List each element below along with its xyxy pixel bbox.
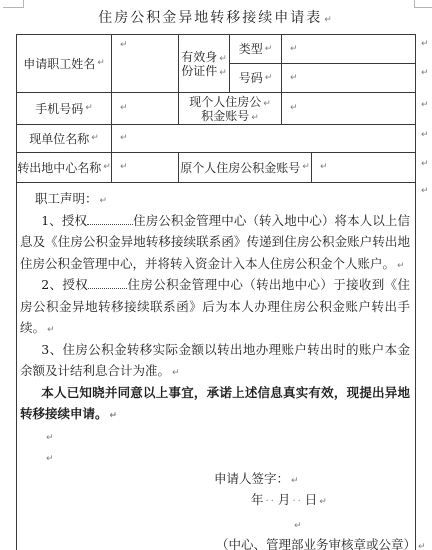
id-number-field[interactable]: ↵: [282, 64, 415, 92]
empty-paragraph-line: ↵: [20, 425, 410, 447]
row-end-mark-icon: ↵: [421, 40, 429, 49]
paragraph-mark-icon: ↵: [302, 163, 310, 172]
paragraph-mark-icon: ↵: [46, 454, 54, 464]
current-fund-account-label-cell: 现个人住房公↵ 积金账号↵: [179, 93, 282, 124]
original-fund-account-label: 原个人住房公积金账号: [180, 161, 300, 175]
declaration-heading-line: 职工声明：↵: [20, 188, 410, 210]
paragraph-mark-icon: ↵: [120, 41, 128, 50]
current-fund-account-field[interactable]: ↵: [282, 93, 415, 124]
row-end-mark-icon: ↵: [421, 131, 429, 140]
paragraph-mark-icon: ↵: [291, 476, 299, 486]
table-row-employer: 现单位名称↵ ↵: [17, 125, 415, 153]
applicant-signature-line[interactable]: 申请人签字：↵: [20, 468, 410, 490]
mobile-field[interactable]: ↵: [112, 93, 179, 124]
seal-note-label: （中心、管理部业务审核章或公章）: [216, 537, 416, 550]
current-fund-account-label-line1-wrap: 现个人住房公↵: [189, 95, 271, 109]
table-row-transfer-out: 转出地中心名称↵ ↵ 原个人住房公积金账号↵ ↵: [17, 153, 415, 183]
declaration-para2-prefix: 2、授权: [41, 277, 88, 292]
current-fund-account-label-line2-wrap: 积金账号↵: [201, 109, 259, 123]
declaration-confirmation-text: 本人已知晓并同意以上事宜，承诺上述信息真实有效，现提出异地转移接续申请。: [20, 385, 410, 422]
id-number-label: 号码: [239, 71, 263, 85]
current-employer-label: 现单位名称: [29, 132, 89, 146]
id-type-field[interactable]: ↵: [282, 35, 415, 63]
transfer-out-center-field[interactable]: ↵: [112, 153, 179, 182]
paragraph-mark-icon: ↵: [290, 45, 298, 54]
paragraph-mark-icon: ↵: [265, 74, 273, 83]
paragraph-mark-icon: ↵: [219, 54, 227, 64]
applicant-name-field[interactable]: ↵: [112, 35, 179, 92]
applicant-signature-label: 申请人签字：: [214, 471, 289, 486]
empty-paragraph-line: ↵: [20, 446, 410, 468]
applicant-name-label: 申请职工姓名: [23, 57, 95, 71]
date-month-label: 月: [278, 492, 291, 507]
applicant-name-label-cell: 申请职工姓名↵: [17, 35, 112, 92]
space-dots-mark: ··: [266, 496, 276, 507]
paragraph-mark-icon: ↵: [110, 411, 118, 421]
declaration-confirmation: 本人已知晓并同意以上事宜，承诺上述信息真实有效，现提出异地转移接续申请。↵: [20, 382, 410, 425]
id-document-label-line1-wrap: 有效身↵: [181, 50, 227, 64]
paragraph-mark-icon: ↵: [251, 113, 259, 123]
id-document-label-cell: 有效身↵ 份证件↵: [179, 35, 230, 92]
table-row-applicant: 申请职工姓名↵ ↵ 有效身↵ 份证件↵ 类型↵ ↵: [17, 35, 415, 93]
declaration-para1-prefix: 1、授权: [41, 213, 87, 228]
paragraph-mark-icon: ↵: [418, 542, 426, 550]
paragraph-mark-icon: ↵: [290, 104, 298, 113]
id-number-row: 号码↵ ↵: [230, 63, 415, 92]
mobile-label-cell: 手机号码↵: [17, 93, 112, 124]
space-dots-mark: ··: [292, 496, 302, 507]
row-end-mark-icon: ↵: [421, 69, 429, 78]
current-employer-field[interactable]: ↵: [112, 125, 415, 152]
transfer-out-center-label-cell: 转出地中心名称↵: [17, 153, 112, 182]
paragraph-mark-icon: ↵: [103, 163, 111, 172]
date-day-label: 日: [305, 492, 318, 507]
current-employer-label-cell: 现单位名称↵: [17, 125, 112, 152]
paragraph-mark-icon: ↵: [47, 325, 55, 335]
paragraph-mark-icon: ↵: [263, 99, 271, 109]
current-fund-account-label-line2: 积金账号: [201, 109, 249, 123]
page-title: 住房公积金异地转移接续申请表↵: [0, 7, 432, 27]
paragraph-mark-icon: ↵: [46, 433, 54, 443]
application-form-page: 住房公积金异地转移接续申请表↵ 申请职工姓名↵ ↵ 有效身↵ 份证件↵ 类型↵: [0, 0, 432, 550]
transfer-in-center-name-blank[interactable]: [87, 212, 133, 225]
paragraph-mark-icon: ↵: [120, 134, 128, 143]
paragraph-mark-icon: ↵: [85, 104, 93, 113]
date-year-label: 年: [251, 492, 264, 507]
paragraph-mark-icon: ↵: [294, 521, 302, 531]
seal-note-line: （中心、管理部业务审核章或公章）↵: [20, 534, 410, 550]
declaration-para-1: 1、授权住房公积金管理中心（转入地中心）将本人以上信息及《住房公积金异地转移接续…: [20, 210, 410, 275]
paragraph-mark-icon: ↵: [320, 163, 328, 172]
signature-date-line[interactable]: 年··月··日↵: [20, 489, 410, 513]
row-end-mark-icon: ↵: [421, 160, 429, 169]
row-end-mark-icon: ↵: [421, 101, 429, 110]
id-type-row: 类型↵ ↵: [230, 35, 415, 63]
id-document-label-line2-wrap: 份证件↵: [181, 64, 227, 78]
original-fund-account-field[interactable]: ↵: [312, 153, 415, 182]
table-row-declaration: 职工声明：↵ 1、授权住房公积金管理中心（转入地中心）将本人以上信息及《住房公积…: [17, 183, 415, 550]
paragraph-mark-icon: ↵: [319, 497, 327, 507]
table-row-mobile: 手机号码↵ ↵ 现个人住房公↵ 积金账号↵ ↵: [17, 93, 415, 125]
paragraph-mark-icon: ↵: [219, 68, 227, 78]
paragraph-mark-icon: ↵: [172, 368, 180, 378]
empty-paragraph-line: ↵: [20, 513, 410, 535]
row-end-mark-icon: ↵: [421, 187, 429, 196]
declaration-para3-text: 3、住房公积金转移实际金额以转出地办理账户转出时的账户本金余额及计结利息合计为准…: [20, 342, 410, 379]
id-number-label-cell: 号码↵: [230, 64, 282, 92]
declaration-heading: 职工声明：: [35, 191, 98, 206]
paragraph-mark-icon: ↵: [324, 15, 334, 25]
paragraph-mark-icon: ↵: [290, 74, 298, 83]
id-type-label-cell: 类型↵: [230, 35, 282, 63]
page-title-text: 住房公积金异地转移接续申请表: [98, 10, 322, 26]
original-fund-account-label-cell: 原个人住房公积金账号↵: [179, 153, 312, 182]
paragraph-mark-icon: ↵: [397, 261, 405, 271]
transfer-out-center-label: 转出地中心名称: [17, 161, 101, 175]
current-fund-account-label-line1: 现个人住房公: [189, 95, 261, 109]
transfer-out-center-name-blank[interactable]: [88, 276, 127, 289]
paragraph-mark-icon: ↵: [265, 45, 273, 54]
paragraph-mark-icon: ↵: [120, 163, 128, 172]
form-table: 申请职工姓名↵ ↵ 有效身↵ 份证件↵ 类型↵ ↵: [16, 34, 416, 550]
declaration-para-2: 2、授权住房公积金管理中心（转出地中心）于接收到《住房公积金异地转移接续联系函》…: [20, 274, 410, 339]
paragraph-mark-icon: ↵: [91, 134, 99, 143]
paragraph-mark-icon: ↵: [100, 196, 108, 206]
id-document-label-line2: 份证件: [181, 64, 217, 78]
id-document-subtable: 类型↵ ↵ 号码↵ ↵: [230, 35, 415, 92]
id-type-label: 类型: [239, 42, 263, 56]
paragraph-mark-icon: ↵: [97, 59, 105, 68]
mobile-label: 手机号码: [35, 102, 83, 116]
paragraph-mark-icon: ↵: [120, 104, 128, 113]
declaration-para-3: 3、住房公积金转移实际金额以转出地办理账户转出时的账户本金余额及计结利息合计为准…: [20, 339, 410, 382]
declaration-cell: 职工声明：↵ 1、授权住房公积金管理中心（转入地中心）将本人以上信息及《住房公积…: [17, 183, 415, 550]
id-document-label-line1: 有效身: [181, 50, 217, 64]
